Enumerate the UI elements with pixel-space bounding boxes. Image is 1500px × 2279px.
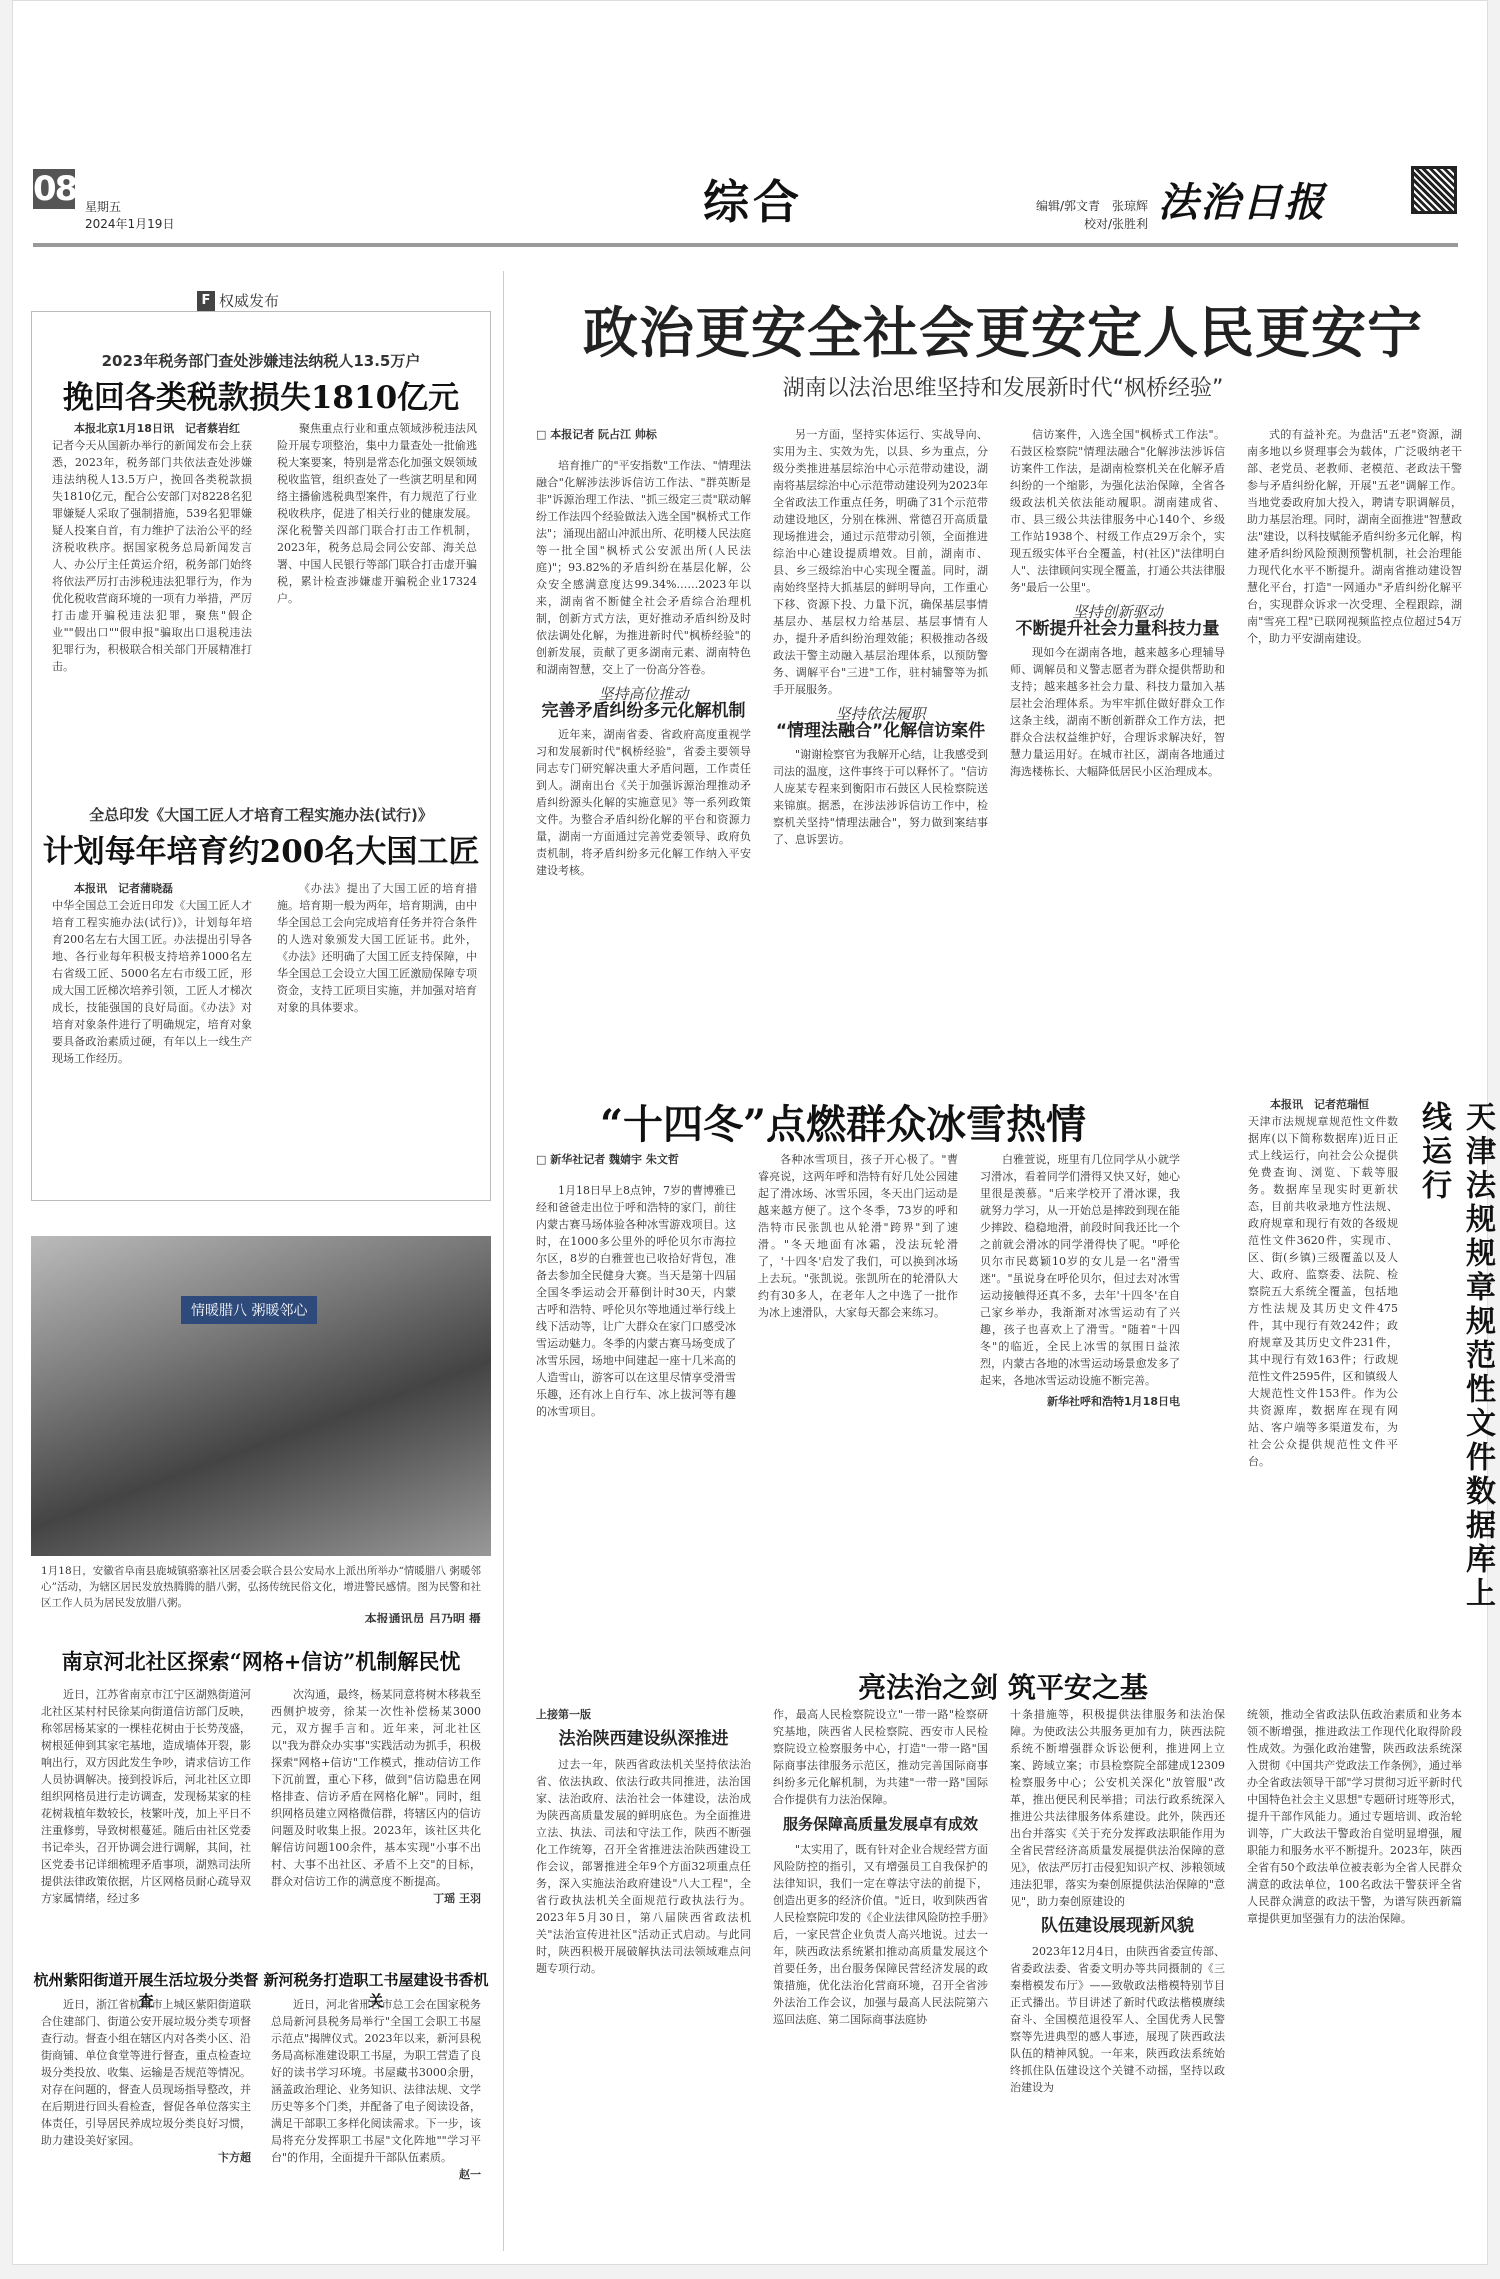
shaanxi-headline: 亮法治之剑 筑平安之基 <box>523 1666 1483 1706</box>
photo-credit: 本报通讯员 吕乃明 摄 <box>41 1611 481 1623</box>
nanjing-col1-text: 近日，江苏省南京市江宁区湖熟街道河北社区某村村民徐某向街道信访部门反映，称邻居杨… <box>41 1686 251 1907</box>
shaanxi-col2-text-b: "太实用了，既有针对企业合规经营方面风险防控的指引，又有增强员工自我保护的法律知… <box>773 1841 988 2028</box>
news-photo: 情暖腊八 粥暖邻心 <box>31 1236 491 1556</box>
section-title: 综合 <box>703 166 803 232</box>
xinhe-body: 近日，河北省邢台市总工会在国家税务总局新河县税务局举行"全国工会职工书屋示范点"… <box>271 1996 481 2166</box>
tax-body-text-2: 聚焦重点行业和重点领域涉税违法风险开展专项整治，集中力量查处一批偷逃税大案要案，… <box>277 420 477 607</box>
weekday: 星期五 <box>85 198 121 215</box>
lead-subheadline: 湖南以法治思维坚持和发展新时代“枫桥经验” <box>523 371 1483 402</box>
lead-col1-text-b: 近年来，湖南省委、省政府高度重视学习和发展新时代"枫桥经验"，省委主要领导同志专… <box>536 726 751 879</box>
proofreader: 校对/张胜利 <box>998 215 1148 233</box>
nanjing-credit: 丁瑶 王羽 <box>271 1890 481 1907</box>
lead-sub-head-2: “情理法融合”化解信访案件 <box>773 723 988 740</box>
winter-col2-text: 各种冰雪项目，孩子开心极了。"曹睿亮说，这两年呼和浩特有好几处公园建起了滑冰场、… <box>758 1151 958 1321</box>
editors: 编辑/郭文青 张琼辉 <box>998 197 1148 215</box>
lead-sub-head-3: 不断提升社会力量科技力量 <box>1010 621 1225 638</box>
column-divider <box>503 271 504 2251</box>
authority-release-box: F 权威发布 2023年税务部门查处涉嫌违法纳税人13.5万户 挽回各类税款损失… <box>31 311 491 1201</box>
authority-badge: F 权威发布 <box>187 290 289 311</box>
shaanxi-col1: 上接第一版 法治陕西建设纵深推进 过去一年，陕西省政法机关坚持依法治省、依法执政… <box>536 1706 751 2246</box>
shaanxi-col3: 十条措施等，积极提供法律服务和法治保障。为使政法公共服务更加有力，陕西法院系统不… <box>1010 1706 1225 2246</box>
masthead-rule <box>33 243 1458 247</box>
hangzhou-col: 近日，浙江省杭州市上城区紫阳街道联合住建部门、街道公安开展垃圾分类专项督查行动。… <box>41 1996 251 2236</box>
shaanxi-col3-text-b: 2023年12月4日，由陕西省委宣传部、省委政法委、省委文明办等共同摄制的《三秦… <box>1010 1943 1225 2096</box>
photo-caption: 1月18日，安徽省阜南县鹿城镇骆寨社区居委会联合县公安局水上派出所举办“情暖腊八… <box>41 1563 481 1623</box>
xinhe-col: 近日，河北省邢台市总工会在国家税务总局新河县税务局举行"全国工会职工书屋示范点"… <box>271 1996 481 2236</box>
lead-col2-text-b: "谢谢检察官为我解开心结，让我感受到司法的温度，这件事终于可以释怀了。"信访人庞… <box>773 746 988 848</box>
craftsman-kicker: 全总印发《大国工匠人才培育工程实施办法(试行)》 <box>32 804 490 825</box>
winter-col3-text: 白雅萱说，班里有几位同学从小就学习滑冰，看着同学们滑得又快又好，她心里很是羡慕。… <box>980 1151 1180 1389</box>
winter-byline: □ 新华社记者 魏婧宇 朱文哲 <box>536 1151 736 1168</box>
winter-col2: 各种冰雪项目，孩子开心极了。"曹睿亮说，这两年呼和浩特有好几处公园建起了滑冰场、… <box>758 1151 958 1621</box>
shaanxi-continued-label: 上接第一版 <box>536 1706 751 1723</box>
issue-date: 2024年1月19日 <box>85 215 174 232</box>
shaanxi-col4: 统领，推动全省政法队伍政治素质和业务本领不断增强，推进政法工作现代化取得阶段性成… <box>1247 1706 1462 2246</box>
tax-headline: 挽回各类税款损失1810亿元 <box>32 372 490 417</box>
authority-badge-label: 权威发布 <box>219 290 279 311</box>
tax-body-text-1: 记者今天从国新办举行的新闻发布会上获悉，2023年，税务部门共依法查处涉嫌违法纳… <box>52 437 252 675</box>
f-cube-icon: F <box>197 291 215 311</box>
shaanxi-sub-head-3: 队伍建设展现新风貌 <box>1010 1918 1225 1935</box>
hangzhou-body: 近日，浙江省杭州市上城区紫阳街道联合住建部门、街道公安开展垃圾分类专项督查行动。… <box>41 1996 251 2149</box>
shaanxi-col3-text: 十条措施等，积极提供法律服务和法治保障。为使政法公共服务更加有力，陕西法院系统不… <box>1010 1706 1225 1910</box>
tianjin-vertical-headline: 天津法规规章规范性文件数据库上线运行 <box>1411 1101 1499 1621</box>
editor-credits: 编辑/郭文青 张琼辉 校对/张胜利 <box>998 197 1148 233</box>
lead-col3-text-b: 现如今在湖南各地，越来越多心理辅导师、调解员和义警志愿者为群众提供帮助和支持；越… <box>1010 644 1225 780</box>
lead-col1-text: 培育推广的"平安指数"工作法、"情理法融合"化解涉法涉诉信访工作法、"群英断是非… <box>536 457 751 678</box>
paper-logo: 法治日报 <box>1158 171 1326 228</box>
lead-col2: 另一方面，坚持实体运行、实战导向、实用为主、实效为先，以县、乡为重点，分级分类推… <box>773 426 988 1046</box>
nanjing-col2: 次沟通，最终，杨某同意将树木移栽至西侧护坡旁，徐某一次性补偿杨某3000元，双方… <box>271 1686 481 1926</box>
shaanxi-sub-head-2: 服务保障高质量发展卓有成效 <box>773 1816 988 1833</box>
tax-body-col1: 本报北京1月18日讯 记者蔡岩红 记者今天从国新办举行的新闻发布会上获悉，202… <box>52 420 252 740</box>
lead-col4-text: 式的有益补充。为盘活"五老"资源，湖南多地以乡贤理事会为载体，广泛吸纳老干部、老… <box>1247 426 1462 647</box>
lead-col2-text: 另一方面，坚持实体运行、实战导向、实用为主、实效为先，以县、乡为重点，分级分类推… <box>773 426 988 698</box>
nanjing-headline: 南京河北社区探索“网格+信访”机制解民忧 <box>31 1646 491 1676</box>
lead-col3-text: 信访案件，入选全国"枫桥式工作法"。石鼓区检察院"情理法融合"化解涉法涉诉信访案… <box>1010 426 1225 596</box>
hangzhou-credit: 卞方超 <box>41 2149 251 2166</box>
photo-banner: 情暖腊八 粥暖邻心 <box>181 1296 317 1324</box>
winter-col3: 白雅萱说，班里有几位同学从小就学习滑冰，看着同学们滑得又快又好，她心里很是羡慕。… <box>980 1151 1180 1621</box>
craftsman-dateline: 本报讯 记者蒲晓磊 <box>52 880 252 897</box>
winter-headline: “十四冬”点燃群众冰雪热情 <box>533 1093 1153 1150</box>
shaanxi-col1-text: 过去一年，陕西省政法机关坚持依法治省、依法执政、依法行政共同推进，法治国家、法治… <box>536 1756 751 1977</box>
lead-col3: 信访案件，入选全国"枫桥式工作法"。石鼓区检察院"情理法融合"化解涉法涉诉信访案… <box>1010 426 1225 1046</box>
lead-byline: □ 本报记者 阮占江 帅标 <box>536 426 751 443</box>
xinhe-credit: 赵一 <box>271 2166 481 2183</box>
shaanxi-col2: 作，最高人民检察院设立"一带一路"检察研究基地，陕西省人民检察院、西安市人民检察… <box>773 1706 988 2246</box>
winter-credit: 新华社呼和浩特1月18日电 <box>980 1393 1180 1410</box>
newspaper-page: 08 星期五 2024年1月19日 综合 编辑/郭文青 张琼辉 校对/张胜利 法… <box>12 0 1488 2265</box>
tianjin-col: 本报讯 记者范瑞恒 天津市法规规章规范性文件数据库(以下简称数据库)近日正式上线… <box>1248 1096 1398 1626</box>
craftsman-headline: 计划每年培育约200名大国工匠 <box>32 826 490 871</box>
shaanxi-sub-head-1: 法治陕西建设纵深推进 <box>536 1731 751 1748</box>
craftsman-body-col1: 本报讯 记者蒲晓磊 中华全国总工会近日印发《大国工匠人才培育工程实施办法(试行)… <box>52 880 252 1180</box>
tianjin-dateline: 本报讯 记者范瑞恒 <box>1248 1096 1398 1113</box>
tax-body-col2: 聚焦重点行业和重点领域涉税违法风险开展专项整治，集中力量查处一批偷逃税大案要案，… <box>277 420 477 740</box>
tax-kicker: 2023年税务部门查处涉嫌违法纳税人13.5万户 <box>32 350 490 371</box>
shaanxi-col2-text: 作，最高人民检察院设立"一带一路"检察研究基地，陕西省人民检察院、西安市人民检察… <box>773 1706 988 1808</box>
nanjing-col2-text: 次沟通，最终，杨某同意将树木移栽至西侧护坡旁，徐某一次性补偿杨某3000元，双方… <box>271 1686 481 1890</box>
lead-col1: □ 本报记者 阮占江 帅标 培育推广的"平安指数"工作法、"情理法融合"化解涉法… <box>536 426 751 1046</box>
craftsman-body-col2: 《办法》提出了大国工匠的培育措施。培育期一般为两年，培育期满，由中华全国总工会向… <box>277 880 477 1180</box>
nanjing-col1: 近日，江苏省南京市江宁区湖熟街道河北社区某村村民徐某向街道信访部门反映，称邻居杨… <box>41 1686 251 1926</box>
qr-code-icon[interactable] <box>1411 166 1457 214</box>
tax-dateline: 本报北京1月18日讯 记者蔡岩红 <box>52 420 252 437</box>
page-number-badge: 08 <box>33 169 75 209</box>
lead-sub-head-1: 完善矛盾纠纷多元化解机制 <box>536 703 751 720</box>
lead-headline: 政治更安全社会更安定人民更安宁 <box>523 289 1483 368</box>
tianjin-body: 天津市法规规章规范性文件数据库(以下简称数据库)近日正式上线运行，向社会公众提供… <box>1248 1113 1398 1470</box>
winter-col1: □ 新华社记者 魏婧宇 朱文哲 1月18日早上8点钟，7岁的曹博雅已经和爸爸走出… <box>536 1151 736 1621</box>
shaanxi-col4-text: 统领，推动全省政法队伍政治素质和业务本领不断增强，推进政法工作现代化取得阶段性成… <box>1247 1706 1462 1927</box>
craftsman-body-text-1: 中华全国总工会近日印发《大国工匠人才培育工程实施办法(试行)》，计划每年培育20… <box>52 897 252 1067</box>
craftsman-body-text-2: 《办法》提出了大国工匠的培育措施。培育期一般为两年，培育期满，由中华全国总工会向… <box>277 880 477 1016</box>
winter-col1-text: 1月18日早上8点钟，7岁的曹博雅已经和爸爸走出位于呼和浩特的家门，前往内蒙古赛… <box>536 1182 736 1420</box>
lead-col4: 式的有益补充。为盘活"五老"资源，湖南多地以乡贤理事会为载体，广泛吸纳老干部、老… <box>1247 426 1462 1046</box>
photo-caption-text: 1月18日，安徽省阜南县鹿城镇骆寨社区居委会联合县公安局水上派出所举办“情暖腊八… <box>41 1565 481 1609</box>
